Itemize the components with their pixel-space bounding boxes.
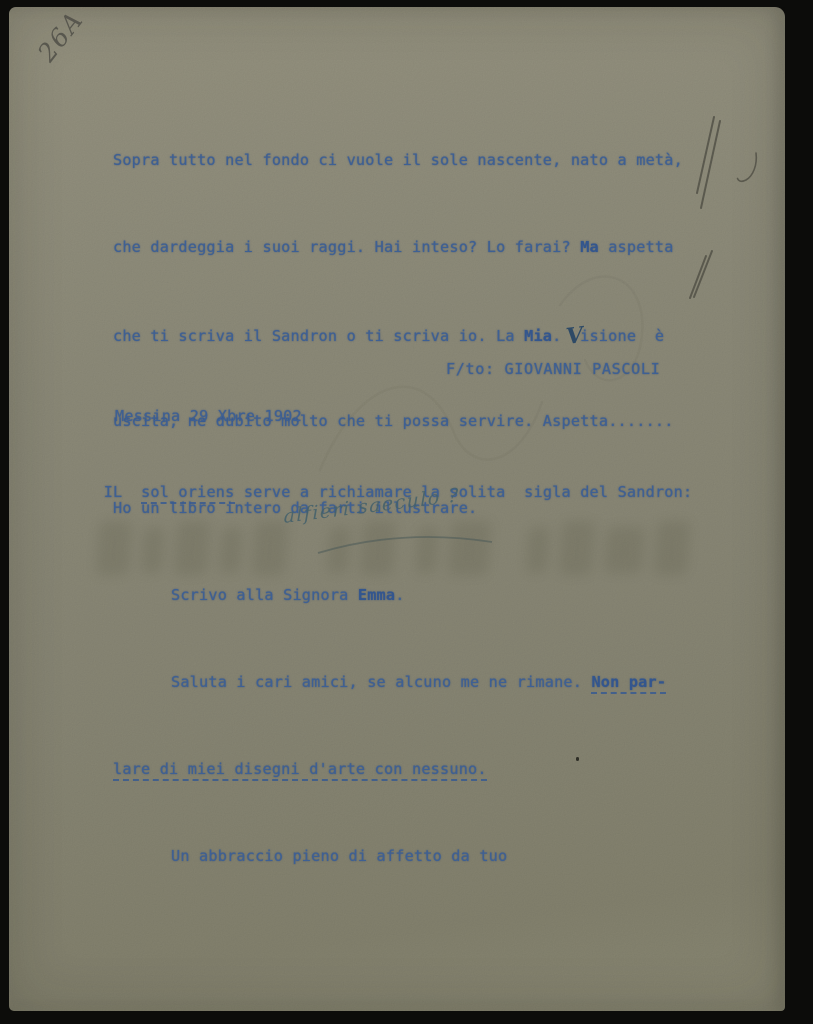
handwritten-v-correction: V: [564, 321, 585, 352]
line-text: .: [395, 586, 404, 604]
line-text: isione è: [580, 327, 664, 345]
emphasized-word: Ma: [580, 238, 599, 256]
dateline: Messina 29 Xbre 1902: [115, 402, 302, 431]
letter-line: Saluta i cari amici, se alcuno me ne rim…: [113, 668, 683, 697]
letter-line: lare di miei disegni d'arte con nessuno.: [113, 755, 683, 784]
underlined-phrase: Non par-: [591, 673, 666, 694]
line-text: Sopra tutto nel fondo ci vuole il sole n…: [113, 151, 683, 169]
letter-line: che ti scriva il Sandron o ti scriva io.…: [113, 320, 683, 349]
letter-line: Sopra tutto nel fondo ci vuole il sole n…: [113, 146, 683, 175]
line-text: IL: [104, 483, 141, 501]
line-text: serve a richiamare la solita sigla del S…: [235, 483, 693, 501]
line-text: che dardeggia i suoi raggi. Hai inteso? …: [113, 238, 580, 256]
letter-line: Scrivo alla Signora Emma.: [113, 581, 683, 610]
underlined-phrase: sol oriens: [141, 483, 234, 504]
line-text: Saluta i cari amici, se alcuno me ne rim…: [171, 673, 591, 691]
emphasized-word: Mia: [524, 327, 552, 345]
ink-speck: [576, 757, 579, 761]
line-text: aspetta: [599, 238, 674, 256]
signature-line: F/to: GIOVANNI PASCOLI: [446, 355, 660, 384]
line-text: Scrivo alla Signora: [171, 586, 358, 604]
letter-line: Un abbraccio pieno di affetto da tuo: [113, 842, 683, 871]
letter-line: che dardeggia i suoi raggi. Hai inteso? …: [113, 233, 683, 262]
underlined-phrase: lare di miei disegni d'arte con nessuno.: [113, 760, 487, 781]
emphasized-word: Emma: [358, 586, 395, 604]
line-text: che ti scriva il Sandron o ti scriva io.…: [113, 327, 524, 345]
line-text: Un abbraccio pieno di affetto da tuo: [171, 847, 507, 865]
